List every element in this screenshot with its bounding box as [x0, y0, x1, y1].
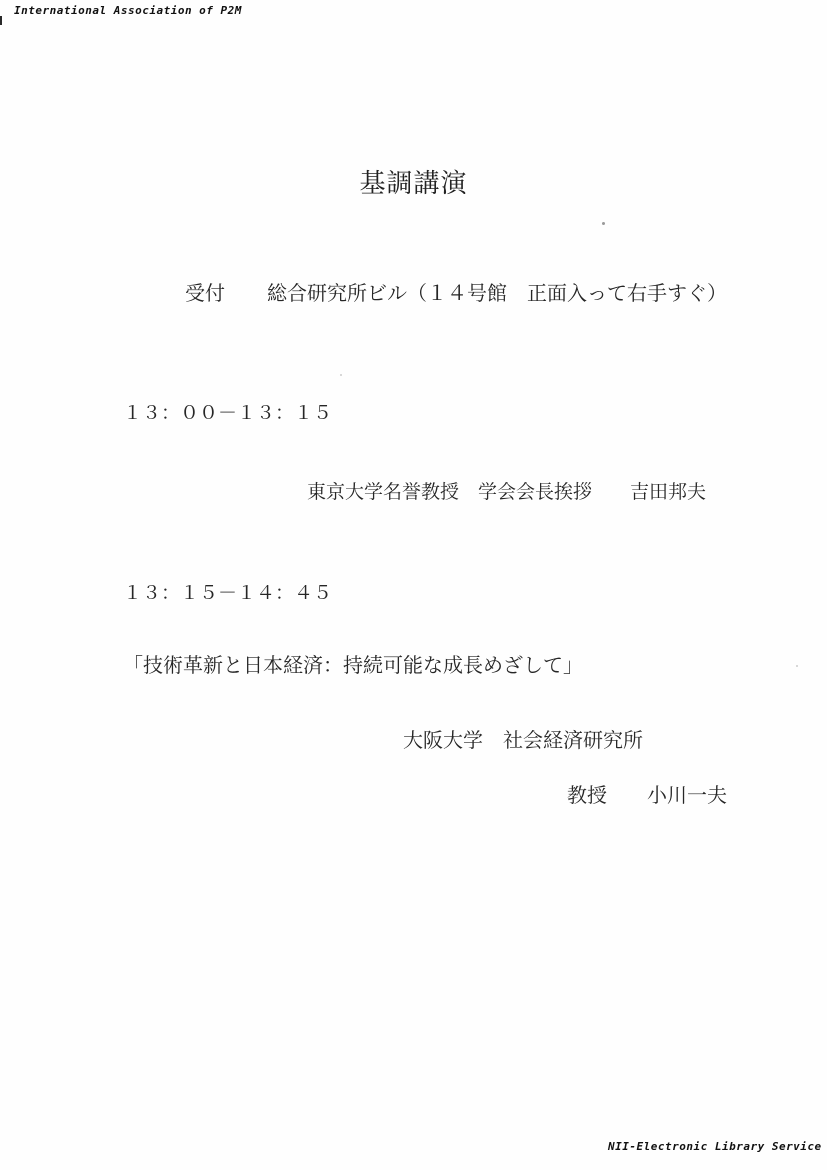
session-1-speaker: 東京大学名誉教授 学会会長挨拶 吉田邦夫 — [307, 482, 706, 505]
reception-label: 受付 — [185, 283, 225, 305]
library-footer: NII-Electronic Library Service — [608, 1140, 822, 1153]
session-2-affiliation: 大阪大学 社会経済研究所 — [403, 729, 643, 753]
reception-line: 受付総合研究所ビル（１４号館 正面入って右手すぐ） — [185, 282, 727, 306]
scan-speck — [796, 665, 798, 667]
session-2-time: １３：１５－１４：４５ — [123, 583, 332, 606]
document-page: International Association of P2M 基調講演 受付… — [0, 0, 827, 1170]
reception-location: 総合研究所ビル（１４号館 正面入って右手すぐ） — [267, 283, 727, 305]
session-1-time: １３：００－１３：１５ — [123, 403, 332, 426]
scan-speck — [602, 222, 605, 225]
scan-speck — [340, 374, 342, 376]
scan-edge-artifact — [0, 16, 2, 25]
library-header: International Association of P2M — [14, 4, 242, 17]
document-title: 基調講演 — [0, 170, 827, 199]
session-2-lecture-title: 「技術革新と日本経済：持続可能な成長めざして」 — [123, 654, 583, 678]
session-2-professor: 教授 小川一夫 — [567, 784, 727, 808]
